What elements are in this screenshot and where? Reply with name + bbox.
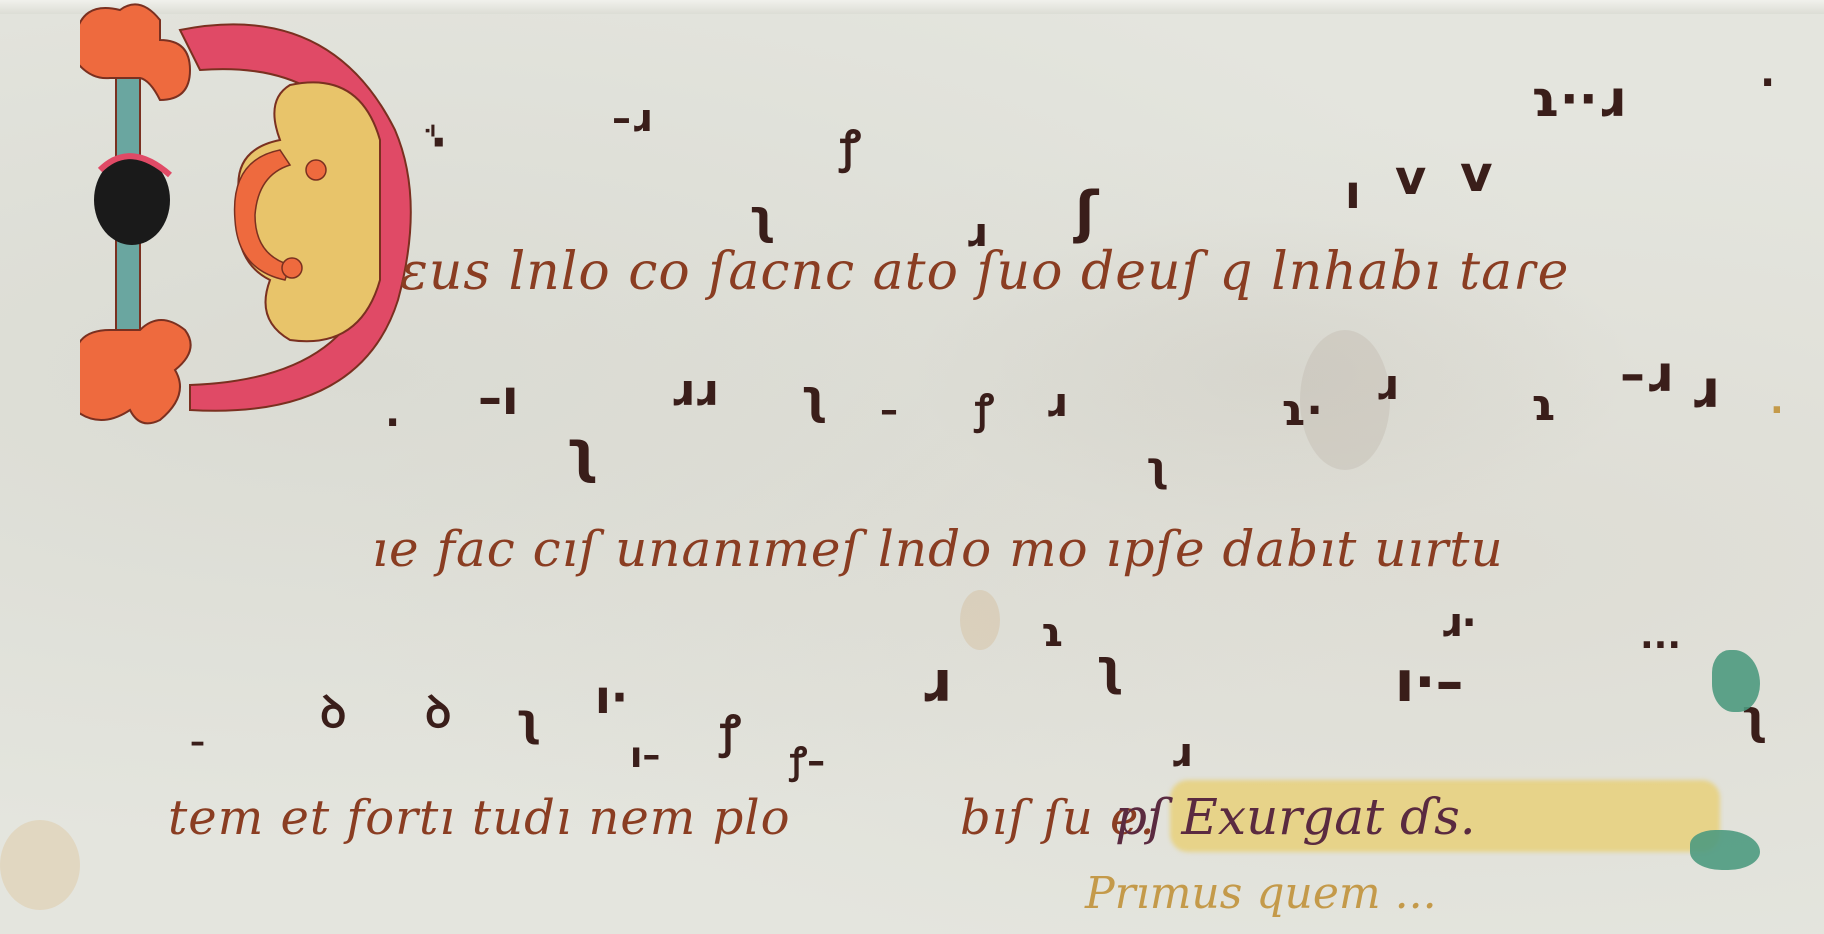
neume: · [1760, 60, 1775, 106]
neume: ɿ [1530, 380, 1556, 431]
later-addition-text: Prımus quem ... [1085, 868, 1437, 919]
neume: ··· [1640, 625, 1681, 666]
neume: ʅ [800, 370, 828, 424]
neume: ꝭ– [790, 735, 825, 784]
text-line-3a: tem et fortı tudı nem plo [168, 790, 791, 846]
neume: v [1395, 150, 1426, 206]
neume: ꝺ [425, 680, 451, 740]
neume: –ɹ [612, 96, 651, 140]
neume: ꝭ [720, 700, 741, 760]
neume: v [1460, 145, 1493, 203]
green-blot [1690, 830, 1760, 870]
neume: ɹ· [1440, 600, 1477, 646]
neume: ɹ [1170, 730, 1192, 776]
neume: ꜗ· [430, 115, 447, 169]
neume: –ɹ [1620, 345, 1672, 403]
neume: ı [1345, 165, 1361, 219]
neume: ꝭ [840, 115, 861, 175]
neume: · [385, 400, 400, 446]
green-blot [1712, 650, 1760, 712]
neume: ʅ [748, 190, 776, 244]
neume: ı– [630, 735, 660, 776]
neume: ɹ [1045, 380, 1067, 426]
neume: – [880, 390, 898, 431]
text-line-1: ɛus lnlo co ſacnc ato ſuo deuſ q lnhabı … [400, 242, 1569, 302]
neume: ʅ [515, 695, 542, 746]
neume: ꝭ [975, 380, 994, 435]
neume: ʅ [1095, 640, 1124, 696]
neume: · [1770, 390, 1784, 431]
neume: ɹɹ [670, 365, 717, 416]
rubric-psalm-incipit: pſ Exurgat ɗs. [1115, 788, 1476, 846]
neume: ɹ [1690, 360, 1718, 420]
manuscript-page: ꜗ· –ɹ ꝭ ʅ ɹ ʃ ı v v ɿ··ɹ · ɛus lnlo co ſ… [0, 0, 1824, 934]
neume: ɿ··ɹ [1530, 70, 1625, 128]
neume: ı· [595, 670, 628, 724]
neume: ʃ [1075, 180, 1098, 245]
neume: ɹ [920, 650, 950, 715]
neume: –ı [478, 370, 518, 426]
illuminated-initial-d [80, 0, 420, 440]
neume: ı·– [1395, 650, 1463, 715]
stain [960, 590, 1000, 650]
neume: ʅ [565, 420, 599, 485]
neume: ɿ· [1280, 385, 1323, 436]
text-line-2: ıe fac cıſ unanımeſ lndo mo ıpſe dabıt u… [372, 520, 1504, 578]
neume: ʅ [1145, 445, 1169, 491]
neume: ꝺ [320, 680, 346, 740]
neume: – [190, 725, 205, 760]
neume: ɹ [1375, 360, 1398, 409]
stain [0, 820, 80, 910]
neume: ɿ [1040, 610, 1064, 656]
